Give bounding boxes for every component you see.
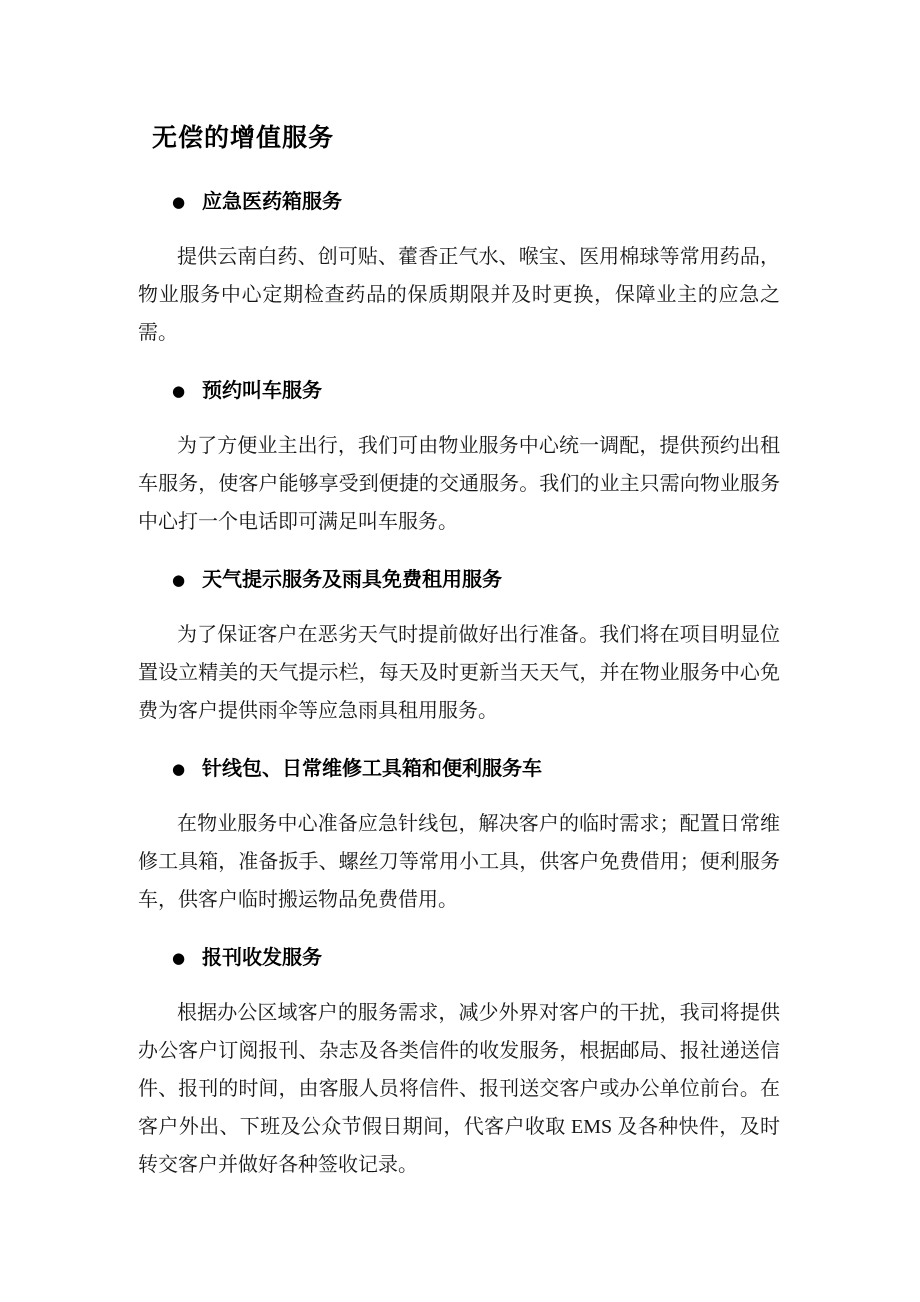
section-heading-label: 应急医药箱服务: [202, 183, 342, 221]
section-emergency-medicine: ● 应急医药箱服务 提供云南白药、创可贴、藿香正气水、喉宝、医用棉球等常用药品，…: [138, 183, 780, 352]
section-heading: ● 报刊收发服务: [138, 939, 780, 977]
section-paragraph: 提供云南白药、创可贴、藿香正气水、喉宝、医用棉球等常用药品，物业服务中心定期检查…: [138, 238, 780, 352]
section-sewing-toolbox-cart: ● 针线包、日常维修工具箱和便利服务车 在物业服务中心准备应急针线包，解决客户的…: [138, 750, 780, 919]
bullet-icon: ●: [172, 561, 202, 599]
section-heading: ● 天气提示服务及雨具免费租用服务: [138, 561, 780, 599]
page-title: 无偿的增值服务: [138, 121, 780, 163]
bullet-icon: ●: [172, 372, 202, 410]
section-paragraph: 根据办公区域客户的服务需求，减少外界对客户的干扰，我司将提供办公客户订阅报刊、杂…: [138, 994, 780, 1184]
bullet-icon: ●: [172, 183, 202, 221]
section-weather-umbrella: ● 天气提示服务及雨具免费租用服务 为了保证客户在恶劣天气时提前做好出行准备。我…: [138, 561, 780, 730]
section-heading: ● 针线包、日常维修工具箱和便利服务车: [138, 750, 780, 788]
section-heading: ● 应急医药箱服务: [138, 183, 780, 221]
section-paragraph: 为了方便业主出行，我们可由物业服务中心统一调配，提供预约出租车服务，使客户能够享…: [138, 427, 780, 541]
section-heading-label: 预约叫车服务: [202, 372, 322, 410]
bullet-icon: ●: [172, 939, 202, 977]
bullet-icon: ●: [172, 750, 202, 788]
section-heading-label: 针线包、日常维修工具箱和便利服务车: [202, 750, 542, 788]
section-newspaper-mail: ● 报刊收发服务 根据办公区域客户的服务需求，减少外界对客户的干扰，我司将提供办…: [138, 939, 780, 1184]
section-taxi-booking: ● 预约叫车服务 为了方便业主出行，我们可由物业服务中心统一调配，提供预约出租车…: [138, 372, 780, 541]
document-page: 无偿的增值服务 ● 应急医药箱服务 提供云南白药、创可贴、藿香正气水、喉宝、医用…: [0, 0, 920, 1302]
document-content: 无偿的增值服务 ● 应急医药箱服务 提供云南白药、创可贴、藿香正气水、喉宝、医用…: [138, 121, 780, 1184]
section-paragraph: 在物业服务中心准备应急针线包，解决客户的临时需求；配置日常维修工具箱，准备扳手、…: [138, 805, 780, 919]
section-paragraph: 为了保证客户在恶劣天气时提前做好出行准备。我们将在项目明显位置设立精美的天气提示…: [138, 616, 780, 730]
section-heading: ● 预约叫车服务: [138, 372, 780, 410]
section-heading-label: 报刊收发服务: [202, 939, 322, 977]
section-heading-label: 天气提示服务及雨具免费租用服务: [202, 561, 502, 599]
